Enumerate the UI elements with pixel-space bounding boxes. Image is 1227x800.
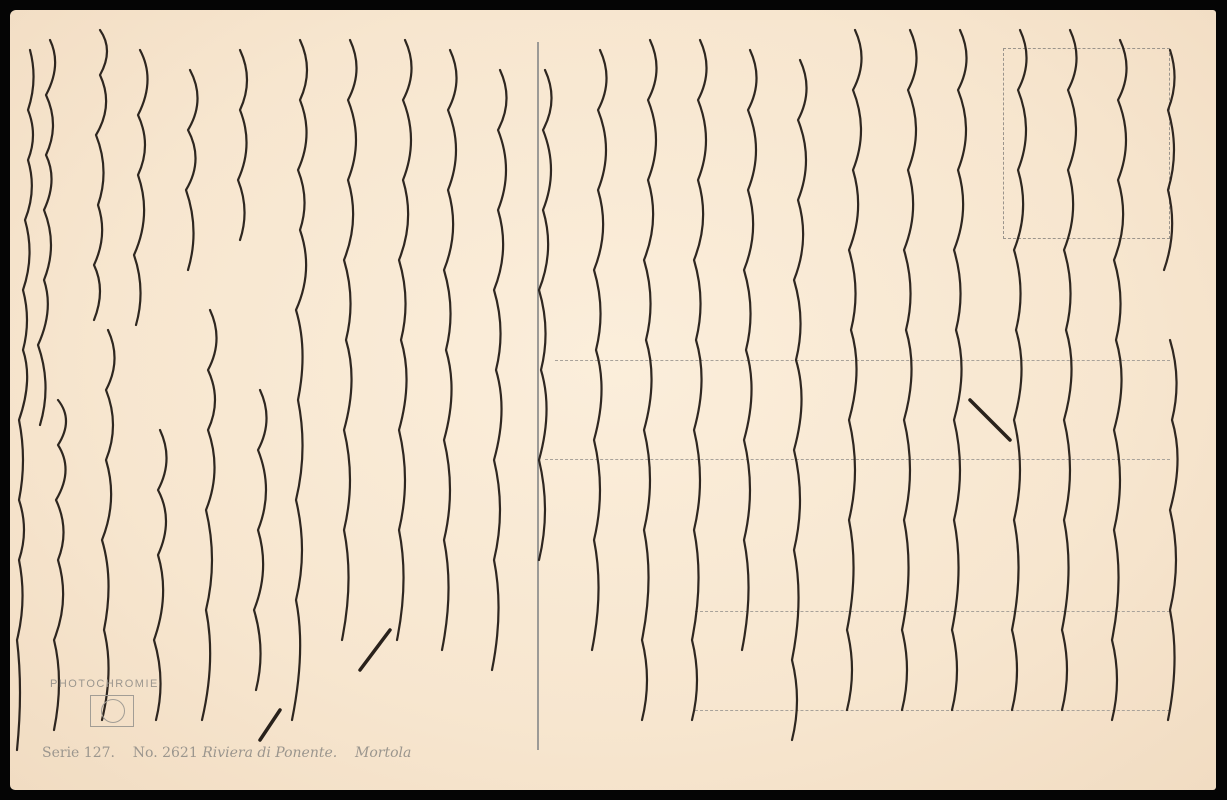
address-line-3 [695, 611, 1170, 612]
publisher-logo-icon [90, 695, 134, 727]
stamp-placeholder-box [1003, 48, 1170, 239]
publisher-mark: PHOTOCHROMIE [50, 678, 159, 690]
caption-title: Riviera di Ponente. [202, 745, 337, 761]
caption-series: Serie 127. [42, 745, 115, 761]
address-line-1 [555, 360, 1170, 361]
caption-place: Mortola [355, 745, 411, 761]
postcard-back: PHOTOCHROMIE Serie 127. No. 2621 Riviera… [10, 10, 1216, 790]
printed-caption: Serie 127. No. 2621 Riviera di Ponente. … [42, 745, 411, 761]
address-line-4 [695, 710, 1170, 711]
center-divider-line [537, 42, 539, 750]
caption-number: No. 2621 [133, 745, 198, 761]
address-line-2 [545, 459, 1170, 460]
